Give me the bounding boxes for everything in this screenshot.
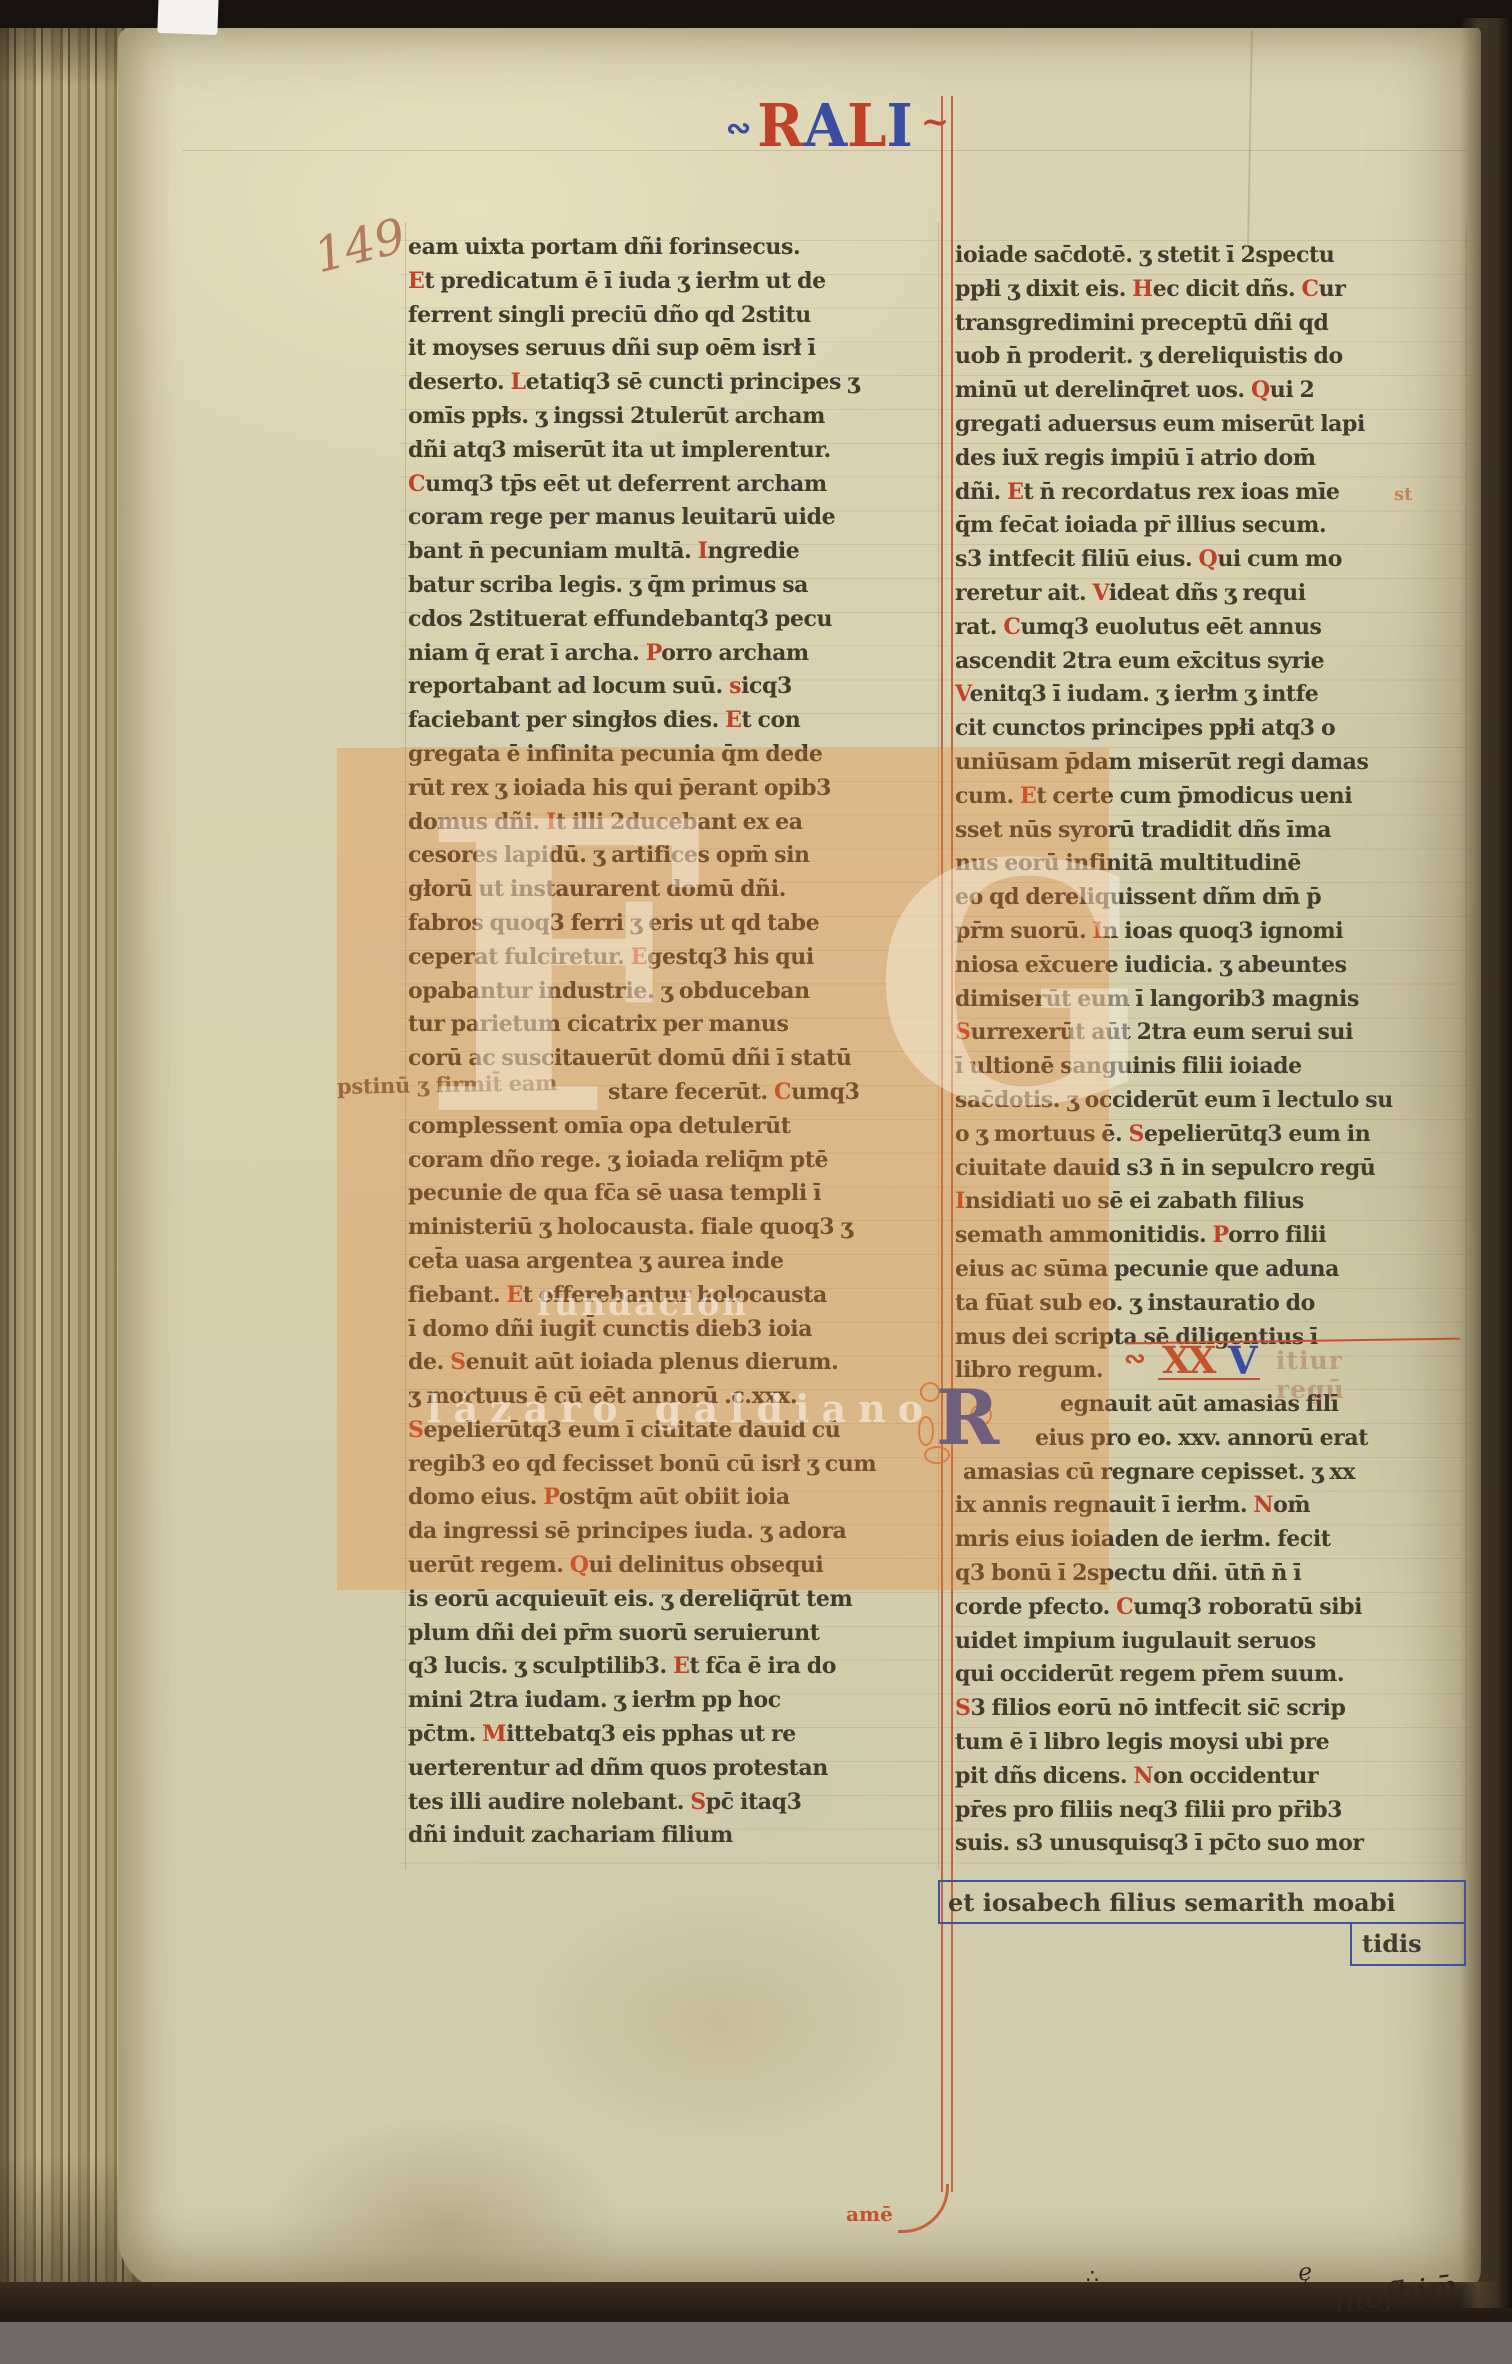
corner-pen-mark: ę	[1297, 2257, 1314, 2286]
text-line: ʒ mortuus ē cū eēt annorū .c.xxx.	[408, 1380, 948, 1414]
text-line: Et predicatum ē ī iuda ʒ ierłm ut de	[408, 265, 948, 299]
text-line: ppłi ʒ dixit eis. Hec dicit dñs. Cur	[955, 273, 1495, 307]
text-line: głorū ut instaurarent domū dñi.	[408, 873, 948, 907]
header-letter: A	[804, 95, 847, 158]
text-line: dñi atq3 miserūt ita ut implerentur.	[408, 434, 948, 468]
text-line: Insidiati uo sē ei zabath filius	[955, 1185, 1495, 1219]
text-column-right: ioiade sac̄dotē. ʒ stetit ī 2spectuppłi …	[955, 239, 1495, 1861]
text-line: opabantur industrie. ʒ obduceban	[408, 975, 948, 1009]
header-letter: R	[757, 95, 804, 158]
text-line: dñi induit zachariam filium	[408, 1819, 948, 1853]
text-line: complessent omīa opa detulerūt	[408, 1110, 948, 1144]
text-line: stare fecerūt. Cumq3	[608, 1076, 948, 1110]
initial-filigree	[918, 1416, 934, 1446]
text-line: rat. Cumq3 euolutus eēt annus	[955, 611, 1495, 645]
text-line: Sepelierūtq3 eum ī ciuitate dauid cū	[408, 1414, 948, 1448]
text-line: dimiserūt eum ī langorib3 magnis	[955, 983, 1495, 1017]
text-line: dñi. Et n̄ recordatus rex ioas mīe	[955, 476, 1495, 510]
text-line: cit cunctos principes ppłi atq3 o	[955, 712, 1495, 746]
running-header-letters: RALI	[757, 96, 913, 156]
text-line: transgredimini preceptū dñi qd	[955, 307, 1495, 341]
manuscript-photo: ∾ RALI ~ 149 amē eam uixta portam dñi fo…	[0, 0, 1512, 2364]
text-line: tes illi audire nolebant. Spc̄ itaq3	[408, 1786, 948, 1820]
text-line: qui occiderūt regem pr̄em suum.	[955, 1658, 1495, 1692]
header-letter: L	[847, 95, 886, 158]
text-line: fabros quoq3 ferri ʒ eris ut qd tabe	[408, 907, 948, 941]
boxed-marginal-addition-continuation: tidis	[1350, 1924, 1466, 1966]
text-line: ceperat fulciretur. Egestq3 his qui	[408, 941, 948, 975]
text-line: pr̄m suorū. In ioas quoq3 ignomi	[955, 915, 1495, 949]
text-line: cesores lapidū. ʒ artifices opm̄ sin	[408, 839, 948, 873]
photo-top-border	[0, 0, 1512, 28]
text-line: q3 lucis. ʒ sculptilib3. Et fc̄a ē ira d…	[408, 1650, 948, 1684]
text-line: S3 filios eorū nō intfecit sic̄ scrip	[955, 1692, 1495, 1726]
text-line: uniūsam p̄dam miserūt regi damas	[955, 746, 1495, 780]
text-line: eius ac sūma pecunie que aduna	[955, 1253, 1495, 1287]
illuminated-initial: R	[918, 1376, 1038, 1472]
text-line: pit dñs dicens. Non occidentur	[955, 1760, 1495, 1794]
text-line: corde pfecto. Cumq3 roboratū sibi	[955, 1591, 1495, 1625]
text-line: faciebant per singłos dies. Et con	[408, 704, 948, 738]
text-column-left: eam uixta portam dñi forinsecus.Et predi…	[408, 231, 948, 1853]
text-line: domus dñi. It illi 2ducebant ex ea	[408, 806, 948, 840]
text-line: tum ē ī libro legis moysi ubi pre	[955, 1726, 1495, 1760]
text-line: eam uixta portam dñi forinsecus.	[408, 231, 948, 265]
text-line: amasias cū regnare cepisset. ʒ xx	[963, 1456, 1495, 1490]
text-line: o ʒ mortuus ē. Sepelierūtq3 eum in	[955, 1118, 1495, 1152]
text-line: plum dñi dei pr̄m suorū seruierunt	[408, 1617, 948, 1651]
text-line: ī ultionē sanguinis filii ioiade	[955, 1050, 1495, 1084]
text-line: ferrent singli preciū dño qd 2stitu	[408, 299, 948, 333]
text-line: Venitq3 ī iudam. ʒ ierłm ʒ intfe	[955, 678, 1495, 712]
text-line: ī domo dñi iugit̄ cunctis dieb3 ioia	[408, 1313, 948, 1347]
text-line: de. Senuit aūt ioiada plenus dierum.	[408, 1346, 948, 1380]
text-line: q̄m fec̄at ioiada pr̄ illius secum.	[955, 509, 1495, 543]
text-line: eo qd dereliquissent dñm dm̄ p̄	[955, 881, 1495, 915]
text-line: niam q̄ erat ī archa. Porro archam	[408, 637, 948, 671]
text-line: ciuitate dauid s3 n̄ in sepulcro regū	[955, 1152, 1495, 1186]
text-line: is eorū acquieuīt eis. ʒ dereliq̄rūt tem	[408, 1583, 948, 1617]
rubric-flourish-icon: ∾	[1124, 1344, 1146, 1374]
text-line: coram dño rege. ʒ ioiada reliq̄m ptē	[408, 1144, 948, 1178]
photo-right-border	[1460, 18, 1512, 2308]
text-line: Cumq3 tp̄s eēt ut deferrent archam	[408, 468, 948, 502]
running-header: ∾ RALI ~	[726, 96, 949, 176]
rubricator-guide-faint: itiur regū	[1276, 1346, 1345, 1404]
text-line: gregata ē infinita pecunia q̄m dede	[408, 738, 948, 772]
chapter-numeral-red: XX	[1162, 1338, 1213, 1382]
text-line: niosa ex̄cuere iudicia. ʒ abeuntes	[955, 949, 1495, 983]
text-line: tur parietum cicatrix per manus	[408, 1008, 948, 1042]
text-line: fiebant. Et offerebantur holocausta	[408, 1279, 948, 1313]
photo-bottom-border	[0, 2322, 1512, 2364]
text-line: mris eius ioiaden de ierłm. fecit	[955, 1523, 1495, 1557]
initial-letter: R	[936, 1370, 999, 1466]
text-line: ioiade sac̄dotē. ʒ stetit ī 2spectu	[955, 239, 1495, 273]
text-line: rūt rex ʒ ioiada his qui p̄erant opib3	[408, 772, 948, 806]
text-line: pecunie de qua fc̄a sē uasa templi ī	[408, 1177, 948, 1211]
text-line: des iux̄ regis impiū ī atrio dom̄	[955, 442, 1495, 476]
text-line: sset nūs syrorū tradidit dñs īma	[955, 814, 1495, 848]
text-line: ascendit 2tra eum ex̄citus syrie	[955, 645, 1495, 679]
text-line: q3 bonū ī 2spectu dñi. ūtn̄ n̄ ī	[955, 1557, 1495, 1591]
text-line: cdos 2stituerat effundebantq3 pecu	[408, 603, 948, 637]
text-line: reretur ait. Videat dñs ʒ requi	[955, 577, 1495, 611]
text-line: domo eius. Postq̄m aūt obiit ioia	[408, 1481, 948, 1515]
gutter-rule-end-word: amē	[846, 2202, 893, 2226]
text-line: batur scriba legis. ʒ q̄m primus sa	[408, 569, 948, 603]
text-line: gregati aduersus eum miserūt lapi	[955, 408, 1495, 442]
text-line: pr̄es pro filiis neq3 filii pro pr̄ib3	[955, 1794, 1495, 1828]
text-line: bant n̄ pecuniam multā. Ingredie	[408, 535, 948, 569]
text-line: ta fūat sub eo. ʒ instauratio do	[955, 1287, 1495, 1321]
text-line: ministeriū ʒ holocausta. fiale quoq3 ʒ	[408, 1211, 948, 1245]
text-line: ix annis regnauit ī ierłm. Nom̄	[955, 1489, 1495, 1523]
text-line: da ingressi sē principes iuda. ʒ adora	[408, 1515, 948, 1549]
text-line: omīs ppłs. ʒ ingssi 2tulerūt archam	[408, 400, 948, 434]
text-line: semath ammonitidis. Porro filii	[955, 1219, 1495, 1253]
text-line: coram rege per manus leuitarū uide	[408, 501, 948, 535]
margin-faint-addition: st	[1394, 484, 1412, 505]
rubric-underline	[1158, 1378, 1260, 1380]
text-line: uidet impium iugulauit seruos	[955, 1625, 1495, 1659]
text-line: cet̄a uasa argentea ʒ aurea inde	[408, 1245, 948, 1279]
text-line: s3 intfecit filiū eius. Qui cum mo	[955, 543, 1495, 577]
header-flourish-icon: ∾	[726, 96, 751, 162]
text-line: minū ut derelinq̄ret uos. Qui 2	[955, 374, 1495, 408]
text-line: uerūt regem. Qui delinitus obsequi	[408, 1549, 948, 1583]
text-line: regib3 eo qd fecisset bonū cū isrł ʒ cum	[408, 1448, 948, 1482]
text-line: deserto. Letatiq3 sē cuncti principes ʒ	[408, 366, 948, 400]
text-line: reportabant ad locum suū. sicq3	[408, 670, 948, 704]
text-line: Surrexerūt aūt 2tra eum serui sui	[955, 1016, 1495, 1050]
text-line: uob n̄ proderit. ʒ dereliquistis do	[955, 340, 1495, 374]
text-line: mini 2tra iudam. ʒ ierłm pp hoc	[408, 1684, 948, 1718]
text-line: nus eorū infinitā multitudinē	[955, 847, 1495, 881]
text-line: pc̄tm. Mittebatq3 eis pphas ut re	[408, 1718, 948, 1752]
header-letter: I	[887, 95, 913, 158]
text-line: cum. Et certe cum p̄modicus ueni	[955, 780, 1495, 814]
text-line: uerterentur ad dñm quos protestan	[408, 1752, 948, 1786]
text-line: sac̄dotis. ʒ occiderūt eum ī lectulo su	[955, 1084, 1495, 1118]
text-line: it moyses seruus dñi sup oēm isrł ī	[408, 332, 948, 366]
text-line: suis. s3 unusquisq3 ī pc̄to suo mor	[955, 1827, 1495, 1861]
boxed-marginal-addition: et iosabech filius semarith moabi	[938, 1880, 1466, 1924]
corner-paper-sliver	[157, 0, 218, 35]
chapter-numeral-blue: V	[1228, 1338, 1257, 1383]
text-line: eius pro eo. xxv. annorū erat	[1035, 1422, 1495, 1456]
margin-correction-note: pstinū ʒ firmit̄ eam	[337, 1070, 557, 1099]
